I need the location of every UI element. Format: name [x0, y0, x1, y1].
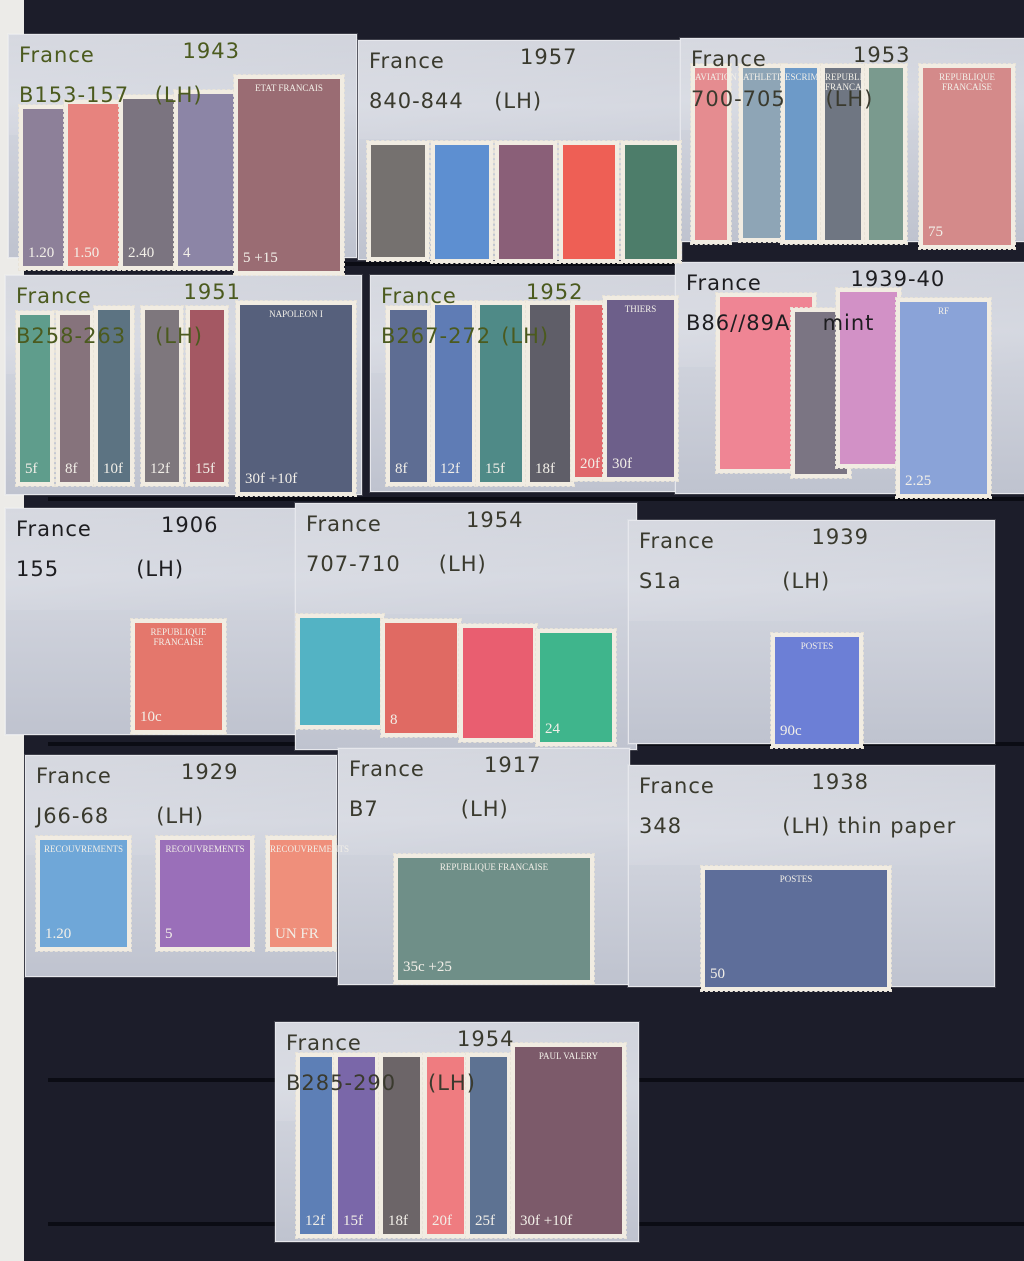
- catalog-number: 840-844: [369, 89, 464, 113]
- stamp-denomination: 1.20: [28, 245, 54, 262]
- stamp: RECOUVREMENTS1.20: [36, 836, 131, 951]
- stamp: ESCRIME: [781, 64, 821, 244]
- year-label: 1906: [161, 513, 218, 537]
- stamp-denomination: 5f: [25, 461, 38, 478]
- condition-label: (LH) thin paper: [782, 814, 956, 838]
- country-label: France: [349, 757, 425, 781]
- condition-label: (LH): [825, 87, 873, 111]
- stamp-denomination: 12f: [150, 461, 170, 478]
- condition-label: (LH): [428, 1071, 476, 1095]
- stamp-denomination: 4: [183, 245, 191, 262]
- stamp: REPUBLIQUE FRANCAISE10c: [131, 619, 226, 734]
- condition-label: (LH): [461, 797, 509, 821]
- year-label: 1954: [457, 1027, 514, 1051]
- catalog-number: J66-68: [36, 804, 109, 828]
- stamp: [431, 141, 493, 263]
- stamp-inscription: ETAT FRANCAIS: [238, 83, 340, 93]
- stamp-inscription: POSTES: [705, 874, 887, 884]
- year-label: 1952: [526, 280, 583, 304]
- catalog-number: 707-710: [306, 552, 401, 576]
- stamp: RECOUVREMENTSUN FR: [266, 836, 336, 951]
- condition-label: (LH): [494, 89, 542, 113]
- stamp-denomination: UN FR: [275, 926, 319, 943]
- stamp-denomination: 75: [928, 224, 943, 241]
- year-label: 1917: [484, 753, 541, 777]
- catalog-number: B7: [349, 797, 379, 821]
- year-label: 1929: [181, 760, 238, 784]
- stamp-denomination: 1.50: [73, 245, 99, 262]
- stamp-inscription: ESCRIME: [785, 72, 817, 82]
- stamp-inscription: REPUBLIQUE FRANCAISE: [398, 862, 590, 872]
- catalog-number: B267-272: [381, 324, 491, 348]
- stamp-denomination: 90c: [780, 723, 802, 740]
- catalog-number: B285-290: [286, 1071, 396, 1095]
- condition-label: (LH): [155, 83, 203, 107]
- year-label: 1939: [812, 525, 869, 549]
- stamp-denomination: 25f: [475, 1213, 495, 1230]
- glassine-envelope: France1939S1a(LH)POSTES90c: [628, 520, 995, 744]
- stamp-denomination: 30f +10f: [245, 471, 297, 488]
- stamp: [296, 614, 384, 729]
- stamp-inscription: AVIATION: [695, 72, 727, 82]
- country-label: France: [686, 271, 762, 295]
- country-label: France: [16, 517, 92, 541]
- stamp: RECOUVREMENTS5: [156, 836, 254, 951]
- condition-label: (LH): [136, 557, 184, 581]
- country-label: France: [19, 43, 95, 67]
- stamp: REPUBLIQUE FRANCAISE35c +25: [394, 854, 594, 984]
- stamp-denomination: 24: [545, 721, 560, 738]
- stamp-denomination: 10f: [103, 461, 123, 478]
- stamp: [367, 141, 429, 261]
- glassine-envelope: France1954707-710(LH)824: [295, 503, 637, 750]
- stamp: [459, 624, 537, 742]
- catalog-number: S1a: [639, 569, 682, 593]
- stamp-denomination: 20f: [580, 456, 600, 473]
- stamp-denomination: 15f: [485, 461, 505, 478]
- stamp-inscription: THIERS: [607, 304, 674, 314]
- stamp-denomination: 8f: [65, 461, 78, 478]
- glassine-envelope: France1951B258-263(LH)5f8f10f12f15fNAPOL…: [5, 275, 362, 495]
- stamp: 24: [536, 629, 616, 746]
- stamp: RF2.25: [896, 298, 991, 498]
- country-label: France: [369, 49, 445, 73]
- stamp-denomination: 12f: [305, 1213, 325, 1230]
- stamp-inscription: PAUL VALERY: [515, 1051, 622, 1061]
- condition-label: (LH): [156, 804, 204, 828]
- stamp-denomination: 5 +15: [243, 250, 278, 267]
- year-label: 1953: [853, 43, 910, 67]
- catalog-number: 348: [639, 814, 682, 838]
- glassine-envelope: France1929J66-68(LH)RECOUVREMENTS1.20REC…: [25, 755, 337, 977]
- stamp-denomination: 30f: [612, 456, 632, 473]
- country-label: France: [639, 774, 715, 798]
- stamp: 4: [174, 90, 239, 270]
- catalog-number: B258-263: [16, 324, 126, 348]
- stamp-inscription: RECOUVREMENTS: [40, 844, 127, 854]
- stamp-denomination: 2.25: [905, 473, 931, 490]
- year-label: 1957: [520, 45, 577, 69]
- stamp: POSTES90c: [771, 633, 863, 748]
- stamp-inscription: RF: [900, 306, 987, 316]
- stamp-denomination: 1.20: [45, 926, 71, 943]
- country-label: France: [306, 512, 382, 536]
- glassine-envelope: France1953700-705(LH)AVIATIONATHLETISMEE…: [680, 38, 1024, 242]
- stamp: ETAT FRANCAIS5 +15: [234, 75, 344, 275]
- country-label: France: [36, 764, 112, 788]
- stamp-inscription: POSTES: [775, 641, 859, 651]
- stamp-denomination: 35c +25: [403, 959, 452, 976]
- stamp-denomination: 5: [165, 926, 173, 943]
- condition-label: (LH): [501, 324, 549, 348]
- stamp-denomination: 20f: [432, 1213, 452, 1230]
- glassine-envelope: France1917B7(LH)REPUBLIQUE FRANCAISE35c …: [338, 748, 630, 985]
- glassine-envelope: France1939-40B86//89AmintRF2.25: [675, 262, 1024, 494]
- glassine-envelope: France1957840-844(LH): [358, 40, 682, 260]
- stamp-inscription: REPUBLIQUE FRANCAISE: [923, 72, 1011, 92]
- stamp-denomination: 50: [710, 966, 725, 983]
- stamp-inscription: ATHLETISME: [743, 72, 781, 82]
- stamp-denomination: 18f: [388, 1213, 408, 1230]
- glassine-envelope: France1906155(LH)REPUBLIQUE FRANCAISE10c: [5, 508, 317, 735]
- year-label: 1954: [466, 508, 523, 532]
- stamp: REPUBLIQUE FRANCAISE75: [919, 64, 1015, 249]
- year-label: 1951: [184, 280, 241, 304]
- stamp-denomination: 15f: [343, 1213, 363, 1230]
- stamp: POSTES50: [701, 866, 891, 991]
- country-label: France: [381, 284, 457, 308]
- stamp: [559, 141, 619, 263]
- catalog-number: 155: [16, 557, 59, 581]
- stamp: THIERS30f: [603, 296, 678, 481]
- stamp: 2.40: [119, 95, 179, 270]
- stamp-inscription: NAPOLEON I: [240, 309, 352, 319]
- catalog-number: B86//89A: [686, 311, 790, 335]
- catalog-number: B153-157: [19, 83, 129, 107]
- country-label: France: [691, 47, 767, 71]
- stamp-denomination: 10c: [140, 709, 162, 726]
- stamp-denomination: 2.40: [128, 245, 154, 262]
- condition-label: mint: [823, 311, 875, 335]
- glassine-envelope: France1952B267-272(LH)8f12f15f18f20fTHIE…: [370, 275, 682, 492]
- condition-label: (LH): [155, 324, 203, 348]
- year-label: 1943: [183, 39, 240, 63]
- year-label: 1939-40: [851, 267, 946, 291]
- stamp-inscription: REPUBLIQUE FRANCAISE: [135, 627, 222, 647]
- year-label: 1938: [812, 770, 869, 794]
- stamp: 8: [381, 619, 461, 737]
- stamp-denomination: 12f: [440, 461, 460, 478]
- stamp: [495, 141, 557, 263]
- stamp: NAPOLEON I30f +10f: [236, 301, 356, 496]
- glassine-envelope: France1954B285-290(LH)12f15f18f20f25fPAU…: [275, 1022, 639, 1242]
- glassine-envelope: France1943B153-157(LH)1.201.502.404ETAT …: [8, 34, 357, 258]
- stock-strip: [48, 497, 1024, 501]
- stamp: [621, 141, 681, 263]
- stamp-inscription: RECOUVREMENTS: [270, 844, 332, 854]
- stamp-denomination: 30f +10f: [520, 1213, 572, 1230]
- country-label: France: [286, 1031, 362, 1055]
- stamp-denomination: 8f: [395, 461, 408, 478]
- stamp: 1.50: [64, 100, 124, 270]
- country-label: France: [639, 529, 715, 553]
- country-label: France: [16, 284, 92, 308]
- condition-label: (LH): [782, 569, 830, 593]
- condition-label: (LH): [439, 552, 487, 576]
- catalog-number: 700-705: [691, 87, 786, 111]
- stamp-denomination: 15f: [195, 461, 215, 478]
- stamp-inscription: RECOUVREMENTS: [160, 844, 250, 854]
- glassine-envelope: France1938348(LH) thin paperPOSTES50: [628, 765, 995, 987]
- stamp: PAUL VALERY30f +10f: [511, 1043, 626, 1238]
- stamp-denomination: 8: [390, 712, 398, 729]
- stamp-denomination: 18f: [535, 461, 555, 478]
